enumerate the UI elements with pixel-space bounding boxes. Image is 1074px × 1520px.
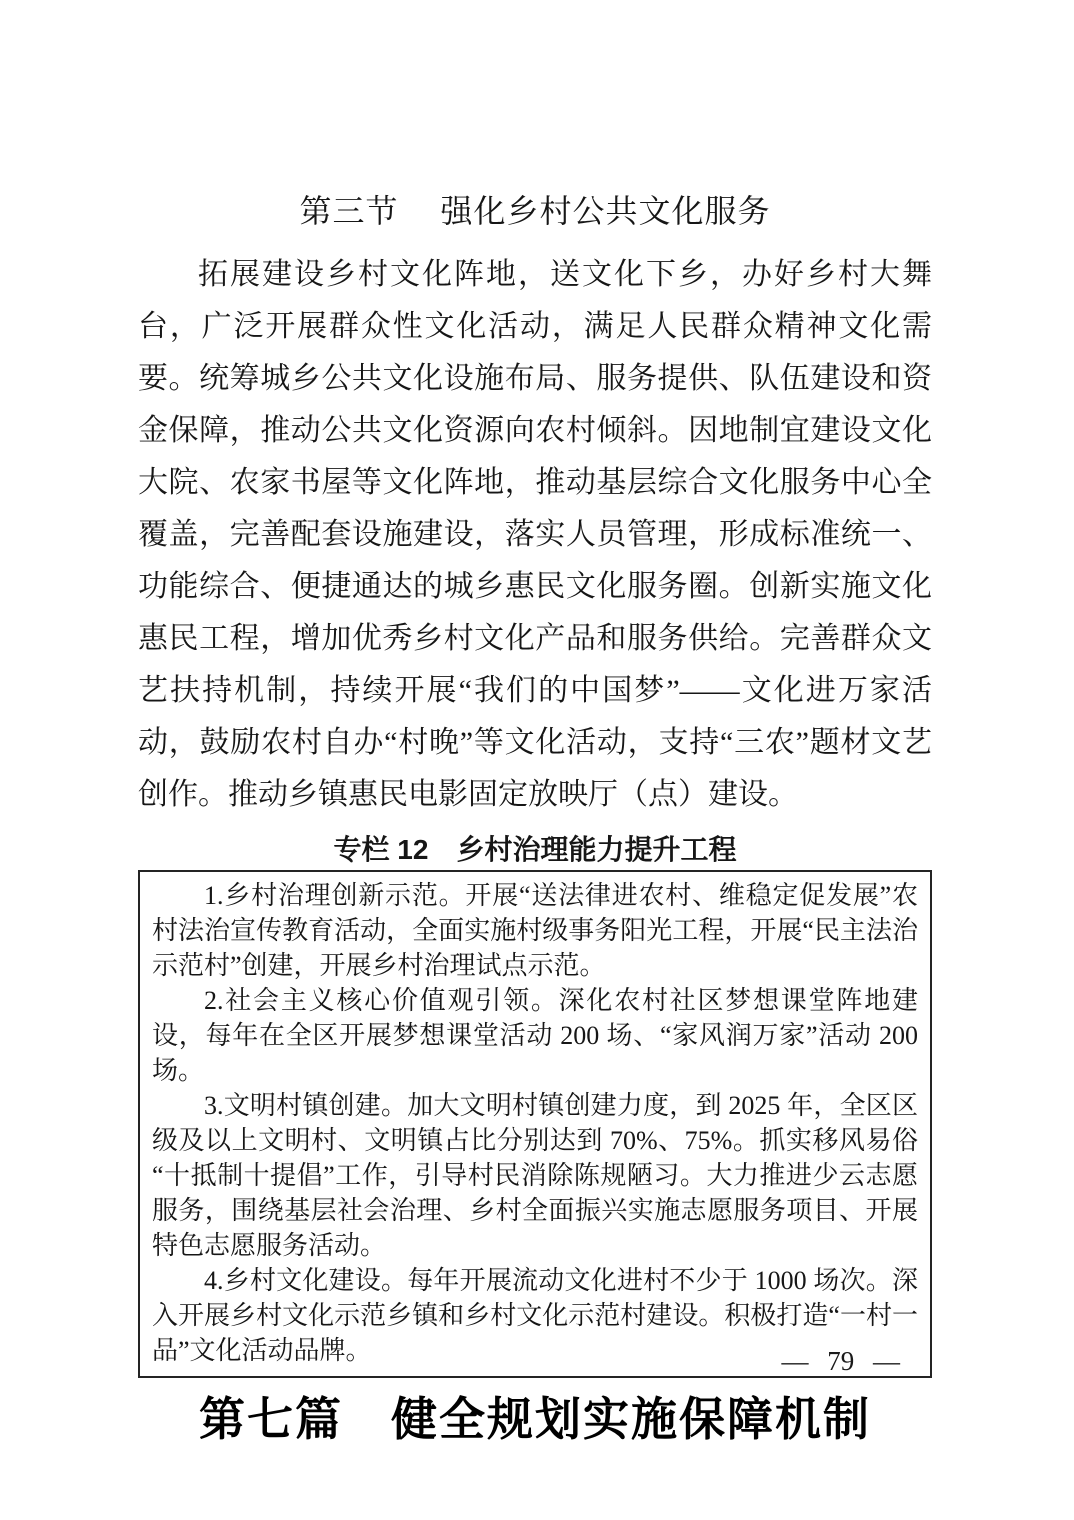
part-heading: 第七篇 健全规划实施保障机制 [138,1392,932,1448]
panel-item-1: 1.乡村治理创新示范。开展“送法律进农村、维稳定促发展”农村法治宣传教育活动，全… [152,878,918,983]
panel-title: 专栏 12 乡村治理能力提升工程 [138,835,932,865]
section-heading: 第三节 强化乡村公共文化服务 [138,190,932,233]
page-content: 第三节 强化乡村公共文化服务 拓展建设乡村文化阵地，送文化下乡，办好乡村大舞台，… [138,190,932,1448]
document-page: 第三节 强化乡村公共文化服务 拓展建设乡村文化阵地，送文化下乡，办好乡村大舞台，… [0,0,1074,1520]
panel-item-2: 2.社会主义核心价值观引领。深化农村社区梦想课堂阵地建设，每年在全区开展梦想课堂… [152,983,918,1088]
panel-item-3: 3.文明村镇创建。加大文明村镇创建力度，到 2025 年，全区区级及以上文明村、… [152,1088,918,1263]
section-body-paragraph: 拓展建设乡村文化阵地，送文化下乡，办好乡村大舞台，广泛开展群众性文化活动，满足人… [138,249,932,821]
page-number: — 79 — [782,1346,901,1376]
panel-box: 1.乡村治理创新示范。开展“送法律进农村、维稳定促发展”农村法治宣传教育活动，全… [138,870,932,1378]
